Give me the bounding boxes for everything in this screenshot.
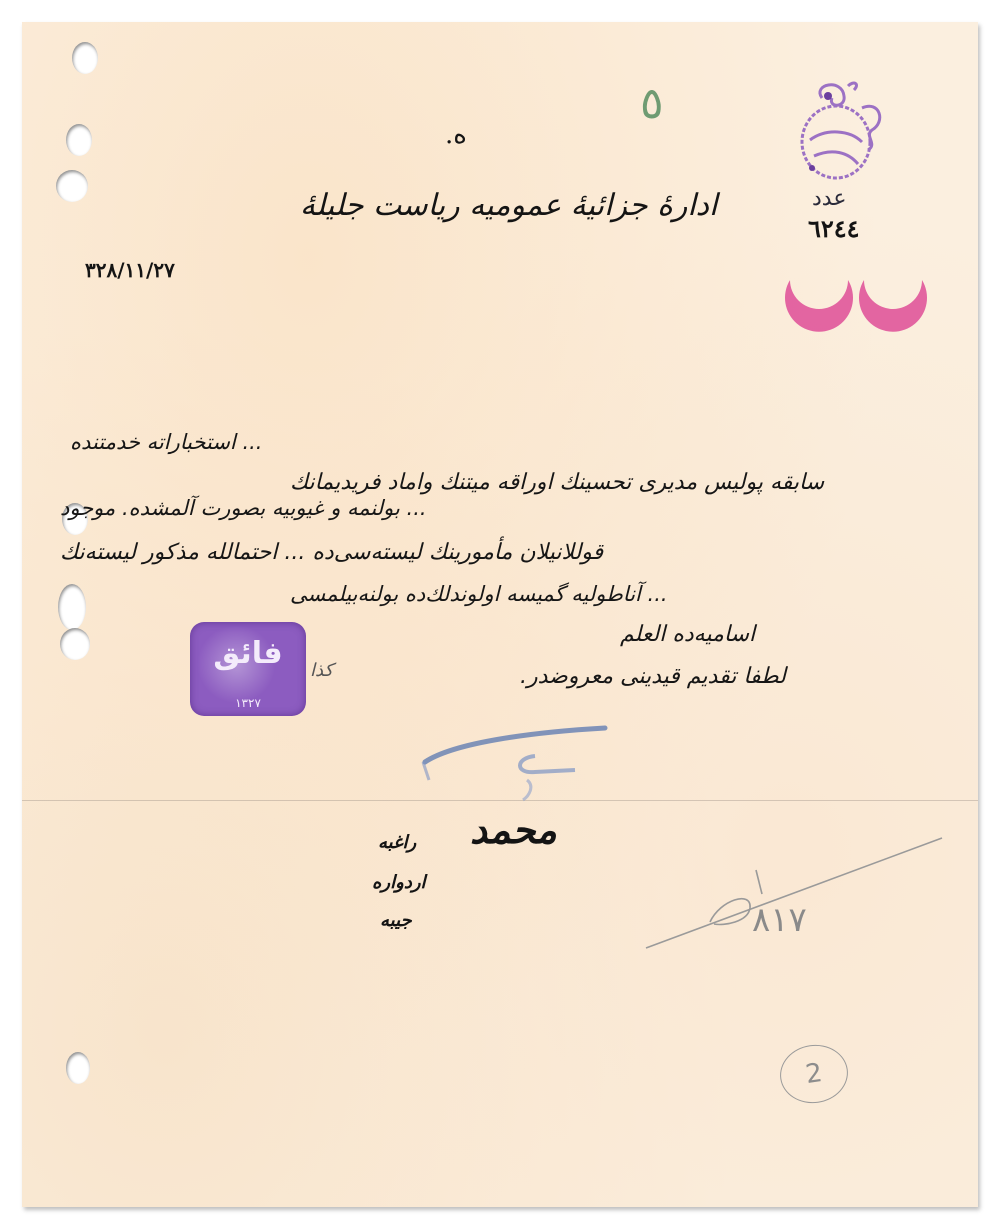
seal-name: فائق [190,636,306,671]
blue-pencil-stroke-icon [415,722,615,802]
tughra-stamp-icon [792,78,892,186]
punch-hole [66,1052,90,1084]
square-seal: فائق ١٣٢٧ [190,622,306,716]
body-line: سابقه پولیس مدیری تحسینك اوراقه میتنك وا… [290,470,824,495]
registration-label: عدد [812,186,846,211]
body-line: ... بولنمه و غیوبیه بصورت آلمشده. موجود [60,496,427,520]
body-line: قوللانیلان مأمورینك لیسته‌سی‌ده ... احتم… [60,540,603,565]
body-line: لطفا تقدیم قیدینی معروضدر. [520,664,786,689]
heading-mark: ه. [445,120,467,150]
body-line: اسامیه‌ده العلم [620,622,755,647]
pencil-number: ٨١٧ [752,900,807,940]
signature-line: اردواره [372,872,426,893]
recipient-heading: ادارهٔ جزائیهٔ عمومیه ریاست جلیلهٔ [300,188,717,223]
body-line: ... آناطولیه گمیسه اولوندلك‌ده بولنه‌بیل… [290,582,668,606]
signature-line: جیبه [380,910,412,931]
punch-hole [56,170,88,202]
punch-hole [72,42,98,74]
registration-number: ٦٢٤٤ [808,214,860,243]
signature: محمد [470,808,557,852]
seal-side-note: کذا [310,660,333,681]
punch-hole [58,584,86,630]
signature-line: راغبه [378,832,416,853]
seal-year: ١٣٢٧ [190,696,306,710]
date: ٣٢٨/١١/٢٧ [85,258,175,282]
body-line: ... استخباراته خدمتنده [70,430,262,454]
green-margin-note: ٥ [640,78,664,129]
red-crescent-stamp-icon [782,272,932,350]
punch-hole [60,628,90,660]
punch-hole [66,124,92,156]
